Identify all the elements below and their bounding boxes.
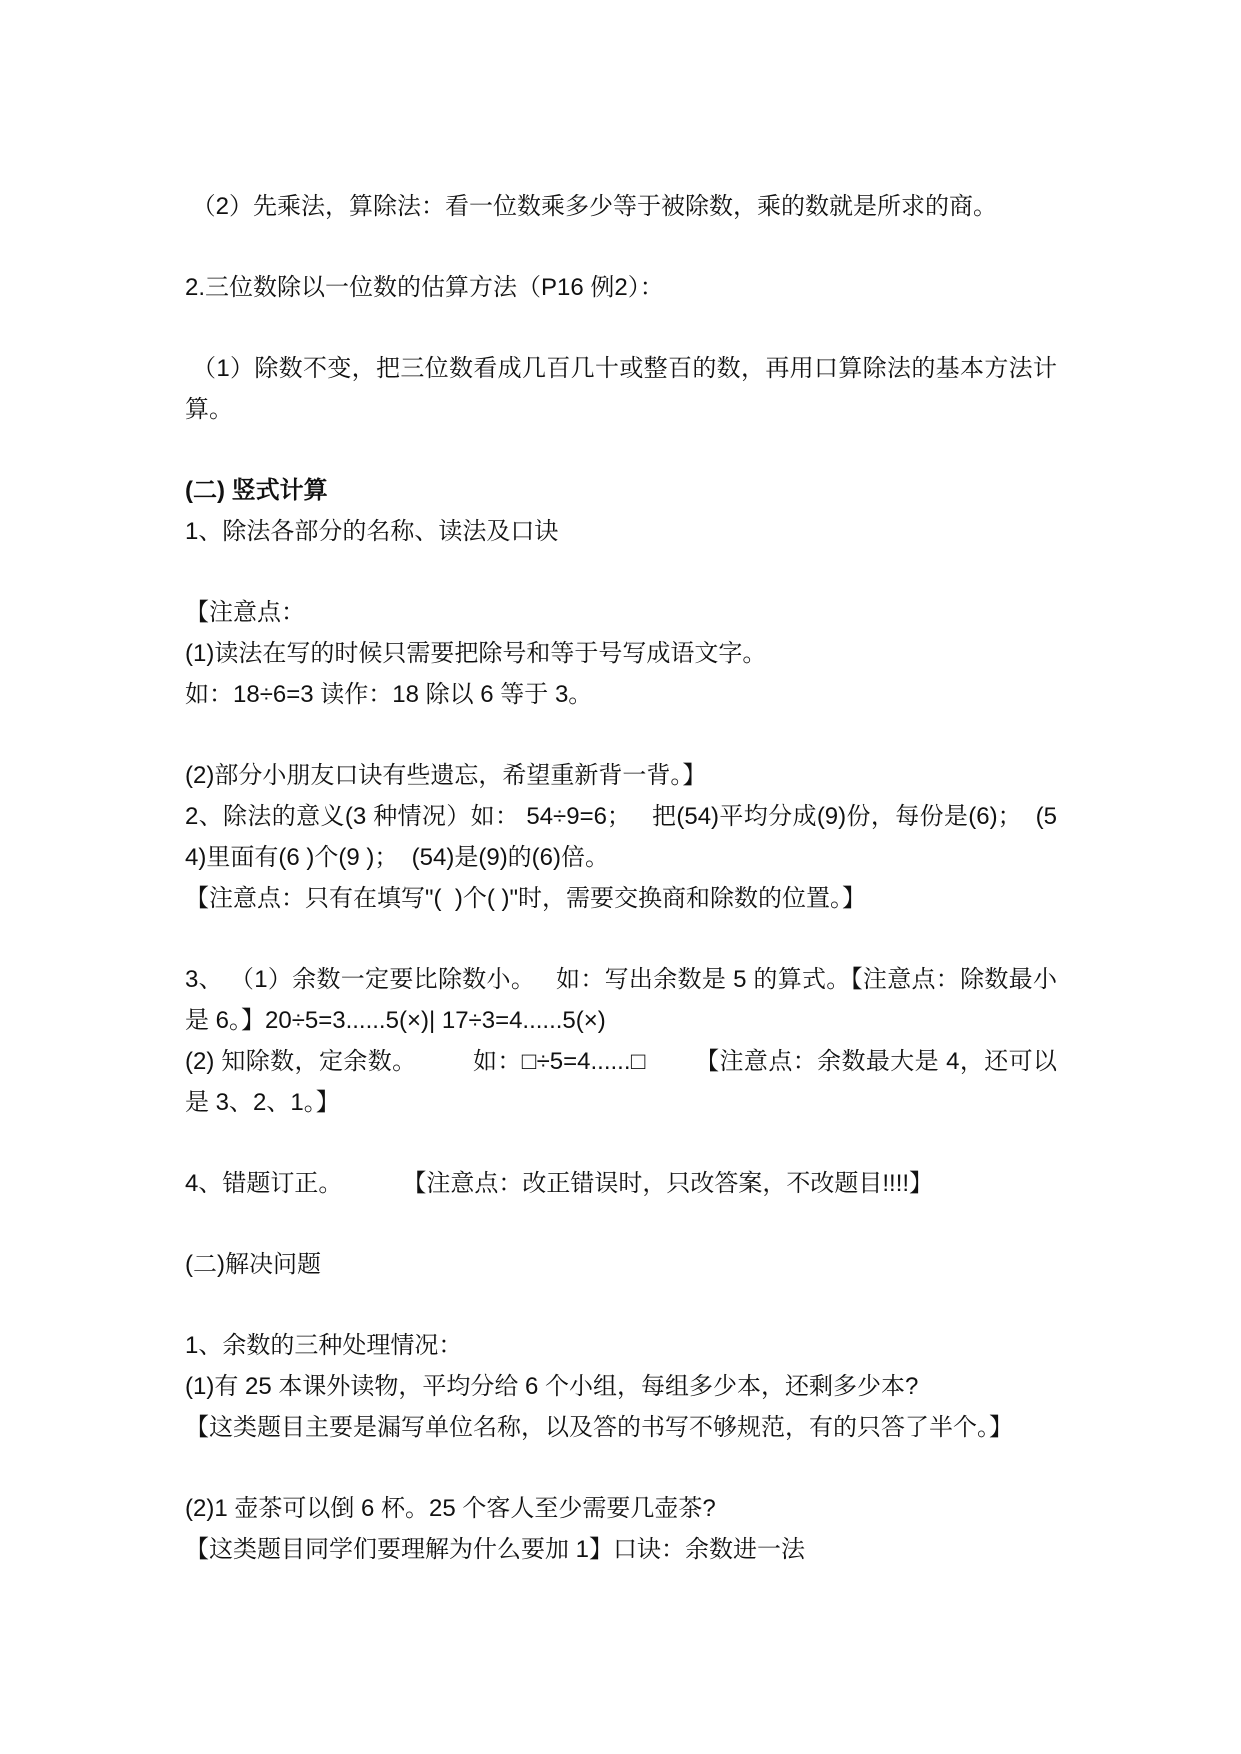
paragraph: 【这类题目主要是漏写单位名称，以及答的书写不够规范，有的只答了半个。】	[185, 1407, 1057, 1448]
paragraph: 1、余数的三种处理情况：	[185, 1325, 1057, 1366]
paragraph: （1）除数不变，把三位数看成几百几十或整百的数，再用口算除法的基本方法计算。	[185, 348, 1057, 430]
document-page: （2）先乘法，算除法：看一位数乘多少等于被除数，乘的数就是所求的商。 2.三位数…	[0, 0, 1241, 1754]
paragraph: (2) 知除数，定余数。 如：□÷5=4......□ 【注意点：余数最大是 4…	[185, 1041, 1057, 1123]
paragraph: 【注意点：只有在填写"( )个( )"时，需要交换商和除数的位置。】	[185, 878, 1057, 919]
paragraph: (1)有 25 本课外读物，平均分给 6 个小组，每组多少本，还剩多少本?	[185, 1366, 1057, 1407]
paragraph: 如：18÷6=3 读作：18 除以 6 等于 3。	[185, 674, 1057, 715]
paragraph: 【这类题目同学们要理解为什么要加 1】口诀：余数进一法	[185, 1529, 1057, 1570]
paragraph: 2.三位数除以一位数的估算方法（P16 例2）：	[185, 267, 1057, 308]
paragraph: (1)读法在写的时候只需要把除号和等于号写成语文字。	[185, 633, 1057, 674]
paragraph: 【注意点：	[185, 592, 1057, 633]
paragraph: 4、错题订正。 【注意点：改正错误时，只改答案，不改题目!!!!】	[185, 1163, 1057, 1204]
paragraph: 3、 （1）余数一定要比除数小。 如：写出余数是 5 的算式。【注意点：除数最小…	[185, 959, 1057, 1041]
paragraph: 2、除法的意义(3 种情况）如： 54÷9=6； 把(54)平均分成(9)份，每…	[185, 796, 1057, 878]
section-heading: (二) 竖式计算	[185, 470, 1057, 511]
paragraph: (2)部分小朋友口诀有些遗忘，希望重新背一背。】	[185, 755, 1057, 796]
paragraph: (2)1 壶茶可以倒 6 杯。25 个客人至少需要几壶茶?	[185, 1488, 1057, 1529]
paragraph: 1、除法各部分的名称、读法及口诀	[185, 511, 1057, 552]
section-heading: (二)解决问题	[185, 1244, 1057, 1285]
paragraph: （2）先乘法，算除法：看一位数乘多少等于被除数，乘的数就是所求的商。	[185, 186, 1057, 227]
